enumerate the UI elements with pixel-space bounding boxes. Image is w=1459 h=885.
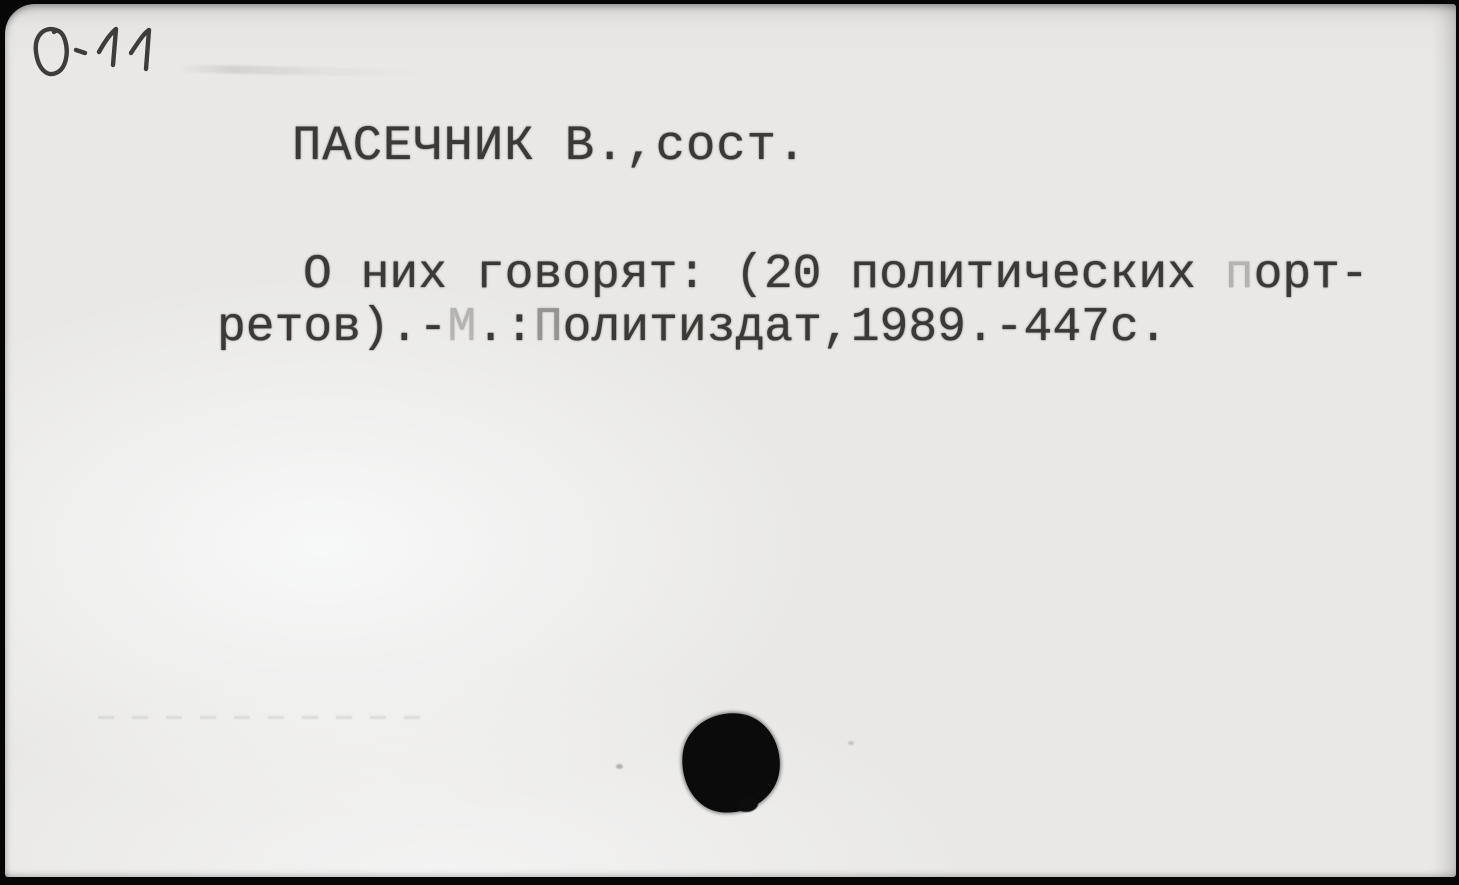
citation-line1-faint-char: п	[1225, 248, 1254, 302]
handwritten-one-glyph-b	[131, 30, 149, 69]
citation-line2-part3: олитиздат,1989.-447с.	[563, 301, 1168, 355]
scanned-catalog-card-page: ПАСЕЧНИК В.,сост. О них говорят: (20 пол…	[0, 0, 1459, 885]
handwritten-dash-glyph	[76, 50, 85, 53]
handwritten-one-glyph-a	[99, 29, 116, 65]
scratch-mark	[98, 716, 428, 719]
citation-line2-faint-m: М	[447, 301, 476, 355]
ink-blot	[677, 708, 785, 818]
author-heading: ПАСЕЧНИК В.,сост.	[292, 120, 807, 172]
citation-line1-main: О них говорят: (20 политических	[303, 248, 1225, 302]
call-number-handwriting	[29, 22, 171, 86]
citation-line1-tail: орт-	[1254, 248, 1369, 302]
card-surface: ПАСЕЧНИК В.,сост. О них говорят: (20 пол…	[5, 4, 1456, 877]
paper-speck	[616, 764, 623, 769]
paper-speck	[848, 741, 854, 745]
ink-blot-splash	[736, 796, 758, 812]
citation-line2-faint-p: П	[534, 301, 563, 355]
handwritten-O-glyph	[36, 29, 67, 74]
citation-line2-part1: ретов).-	[217, 301, 447, 355]
citation-line2-part2: .:	[476, 301, 534, 355]
pencil-smudge-mark	[177, 64, 429, 77]
citation-text: О них говорят: (20 политических порт- ре…	[217, 249, 1456, 355]
